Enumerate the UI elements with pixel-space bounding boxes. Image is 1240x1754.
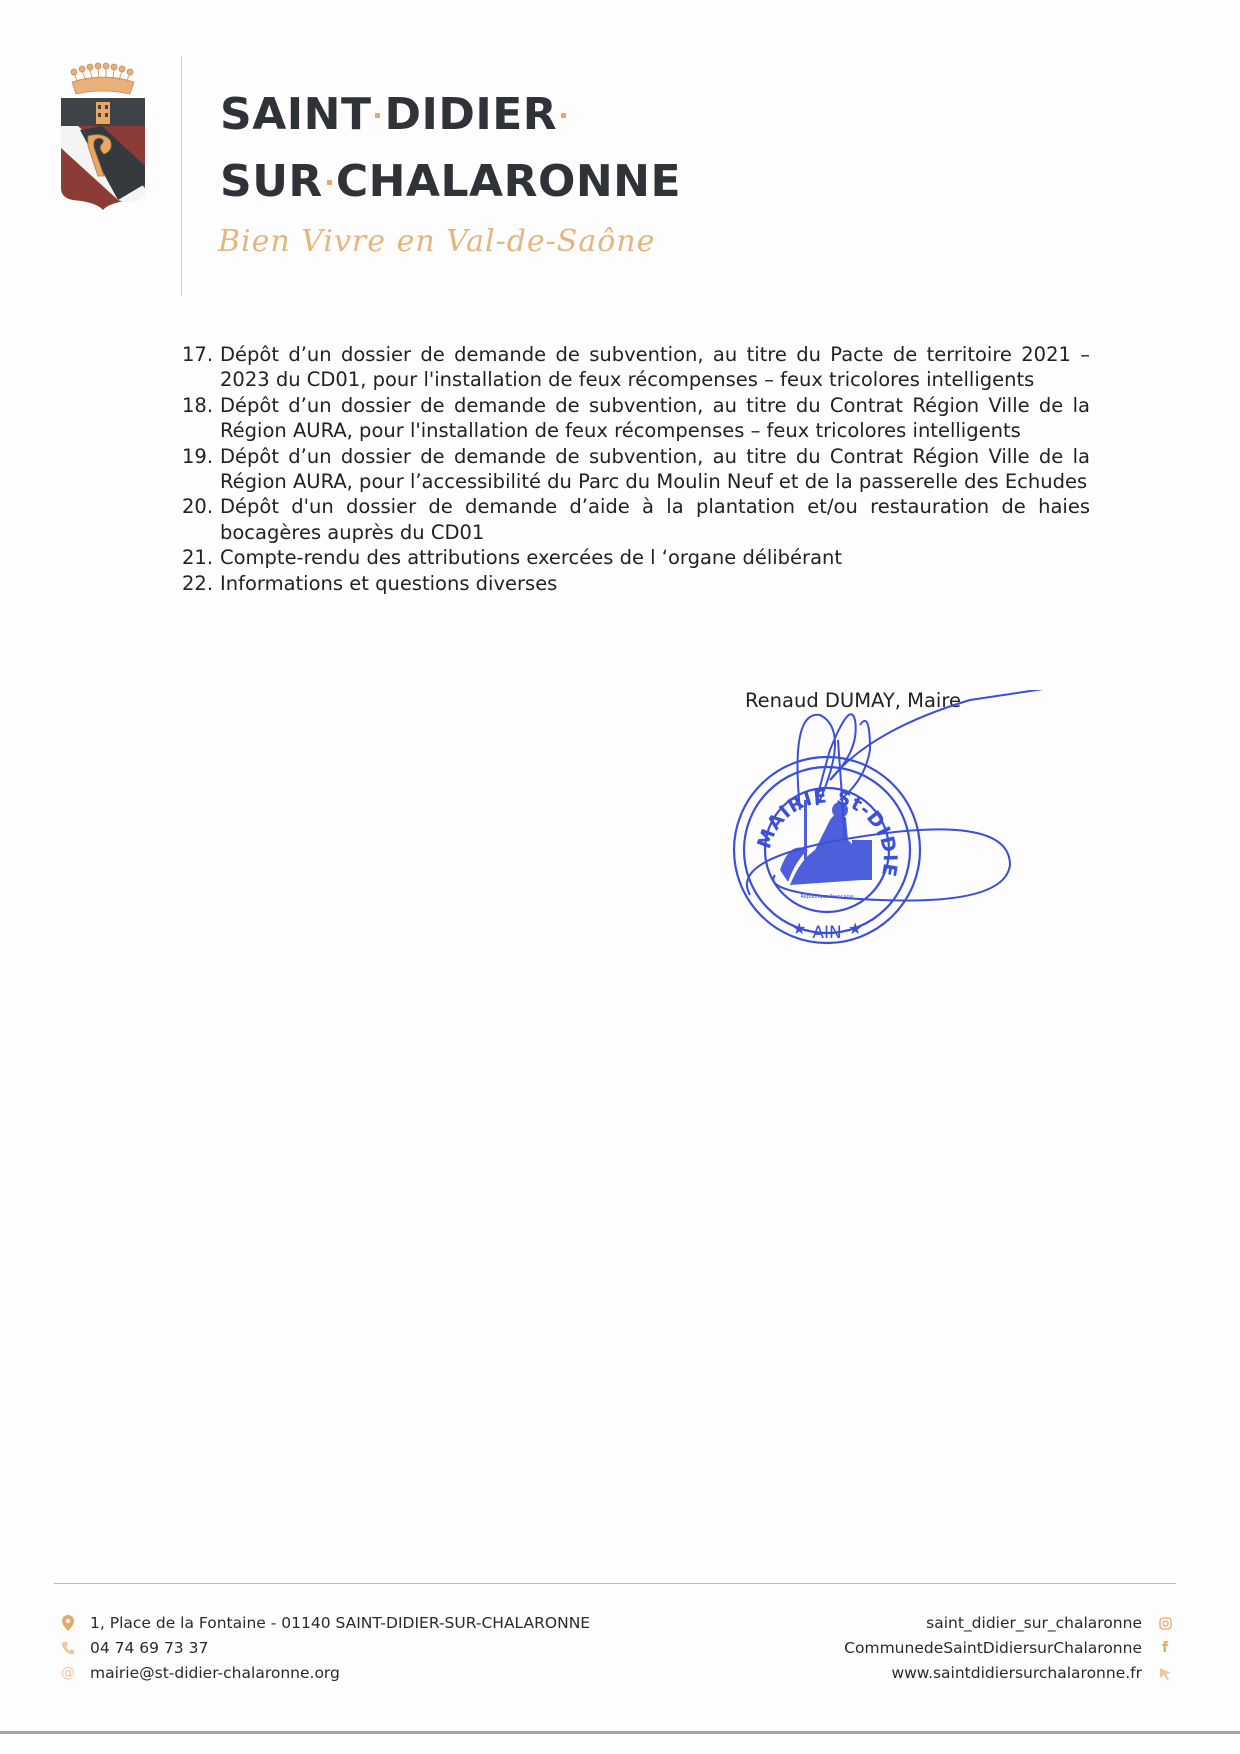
map-pin-icon — [54, 1615, 82, 1631]
agenda-list: 17.Dépôt d’un dossier de demande de subv… — [182, 342, 1090, 596]
municipality-name-line-2: SURCHALARONNE — [220, 160, 681, 204]
agenda-item: 20.Dépôt d'un dossier de demande d’aide … — [182, 494, 1090, 545]
agenda-item-text: Informations et questions diverses — [220, 571, 1090, 596]
shield-icon — [61, 98, 145, 210]
email-link[interactable]: mairie@st-didier-chalaronne.org — [90, 1664, 340, 1682]
agenda-item-text: Dépôt d’un dossier de demande de subvent… — [220, 393, 1090, 444]
agenda-item-number: 20. — [182, 494, 220, 545]
agenda-item: 18.Dépôt d’un dossier de demande de subv… — [182, 393, 1090, 444]
agenda-item-number: 18. — [182, 393, 220, 444]
crown-icon — [71, 63, 134, 94]
instagram-icon — [1154, 1617, 1176, 1630]
phone-icon — [54, 1641, 82, 1655]
agenda-item: 17.Dépôt d’un dossier de demande de subv… — [182, 342, 1090, 393]
agenda-item-number: 22. — [182, 571, 220, 596]
footer-phone: 04 74 69 73 37 — [54, 1639, 208, 1657]
agenda-item: 21.Compte-rendu des attributions exercée… — [182, 545, 1090, 570]
official-stamp-and-signature: MAIRIE St-DIDIER-SUR-CHALARONNE AIN ★ ★ … — [720, 690, 1100, 950]
tagline: Bien Vivre en Val-de-Saône — [218, 224, 655, 259]
footer-email: @ mairie@st-didier-chalaronne.org — [54, 1664, 340, 1682]
brand-dot — [327, 180, 332, 185]
facebook-page[interactable]: CommunedeSaintDidiersurChalaronne — [844, 1639, 1142, 1657]
brand-dot — [375, 113, 380, 118]
cursor-icon — [1154, 1667, 1176, 1680]
at-icon: @ — [54, 1665, 82, 1681]
phone-number[interactable]: 04 74 69 73 37 — [90, 1639, 208, 1657]
header-divider — [181, 56, 182, 296]
stamp-bottom-text: AIN — [812, 923, 841, 943]
agenda-item-number: 19. — [182, 444, 220, 495]
brand-word-chalaronne: CHALARONNE — [336, 156, 681, 207]
address-text: 1, Place de la Fontaine - 01140 SAINT-DI… — [90, 1614, 590, 1632]
svg-text:MAIRIE St-DIDIER-SUR-CHALARONN: MAIRIE St-DIDIER-SUR-CHALARONNE — [720, 690, 901, 879]
agenda-item-text: Dépôt d’un dossier de demande de subvent… — [220, 342, 1090, 393]
footer-facebook: CommunedeSaintDidiersurChalaronne f — [844, 1639, 1176, 1657]
website-link[interactable]: www.saintdidiersurchalaronne.fr — [891, 1664, 1142, 1682]
municipality-name-line-1: SAINTDIDIER — [220, 93, 570, 137]
facebook-icon: f — [1154, 1640, 1176, 1656]
scan-edge-line — [0, 1731, 1240, 1734]
footer-website: www.saintdidiersurchalaronne.fr — [891, 1664, 1176, 1682]
agenda-item: 22.Informations et questions diverses — [182, 571, 1090, 596]
brand-dot — [561, 113, 566, 118]
agenda-item-text: Dépôt d’un dossier de demande de subvent… — [220, 444, 1090, 495]
brand-word-saint: SAINT — [220, 89, 371, 140]
agenda-item-text: Compte-rendu des attributions exercées d… — [220, 545, 1090, 570]
coat-of-arms-logo — [58, 58, 148, 210]
star-icon: ★ — [792, 919, 806, 938]
instagram-handle[interactable]: saint_didier_sur_chalaronne — [926, 1614, 1142, 1632]
stamp-outer-text: MAIRIE St-DIDIER-SUR-CHALARONNE — [720, 690, 901, 879]
brand-word-didier: DIDIER — [384, 89, 557, 140]
brand-word-sur: SUR — [220, 156, 323, 207]
star-icon: ★ — [848, 919, 862, 938]
agenda-item-number: 21. — [182, 545, 220, 570]
footer-divider — [54, 1583, 1176, 1584]
agenda-item: 19.Dépôt d’un dossier de demande de subv… — [182, 444, 1090, 495]
agenda-item-number: 17. — [182, 342, 220, 393]
agenda-item-text: Dépôt d'un dossier de demande d’aide à l… — [220, 494, 1090, 545]
footer-address: 1, Place de la Fontaine - 01140 SAINT-DI… — [54, 1614, 590, 1632]
footer-instagram: saint_didier_sur_chalaronne — [926, 1614, 1176, 1632]
